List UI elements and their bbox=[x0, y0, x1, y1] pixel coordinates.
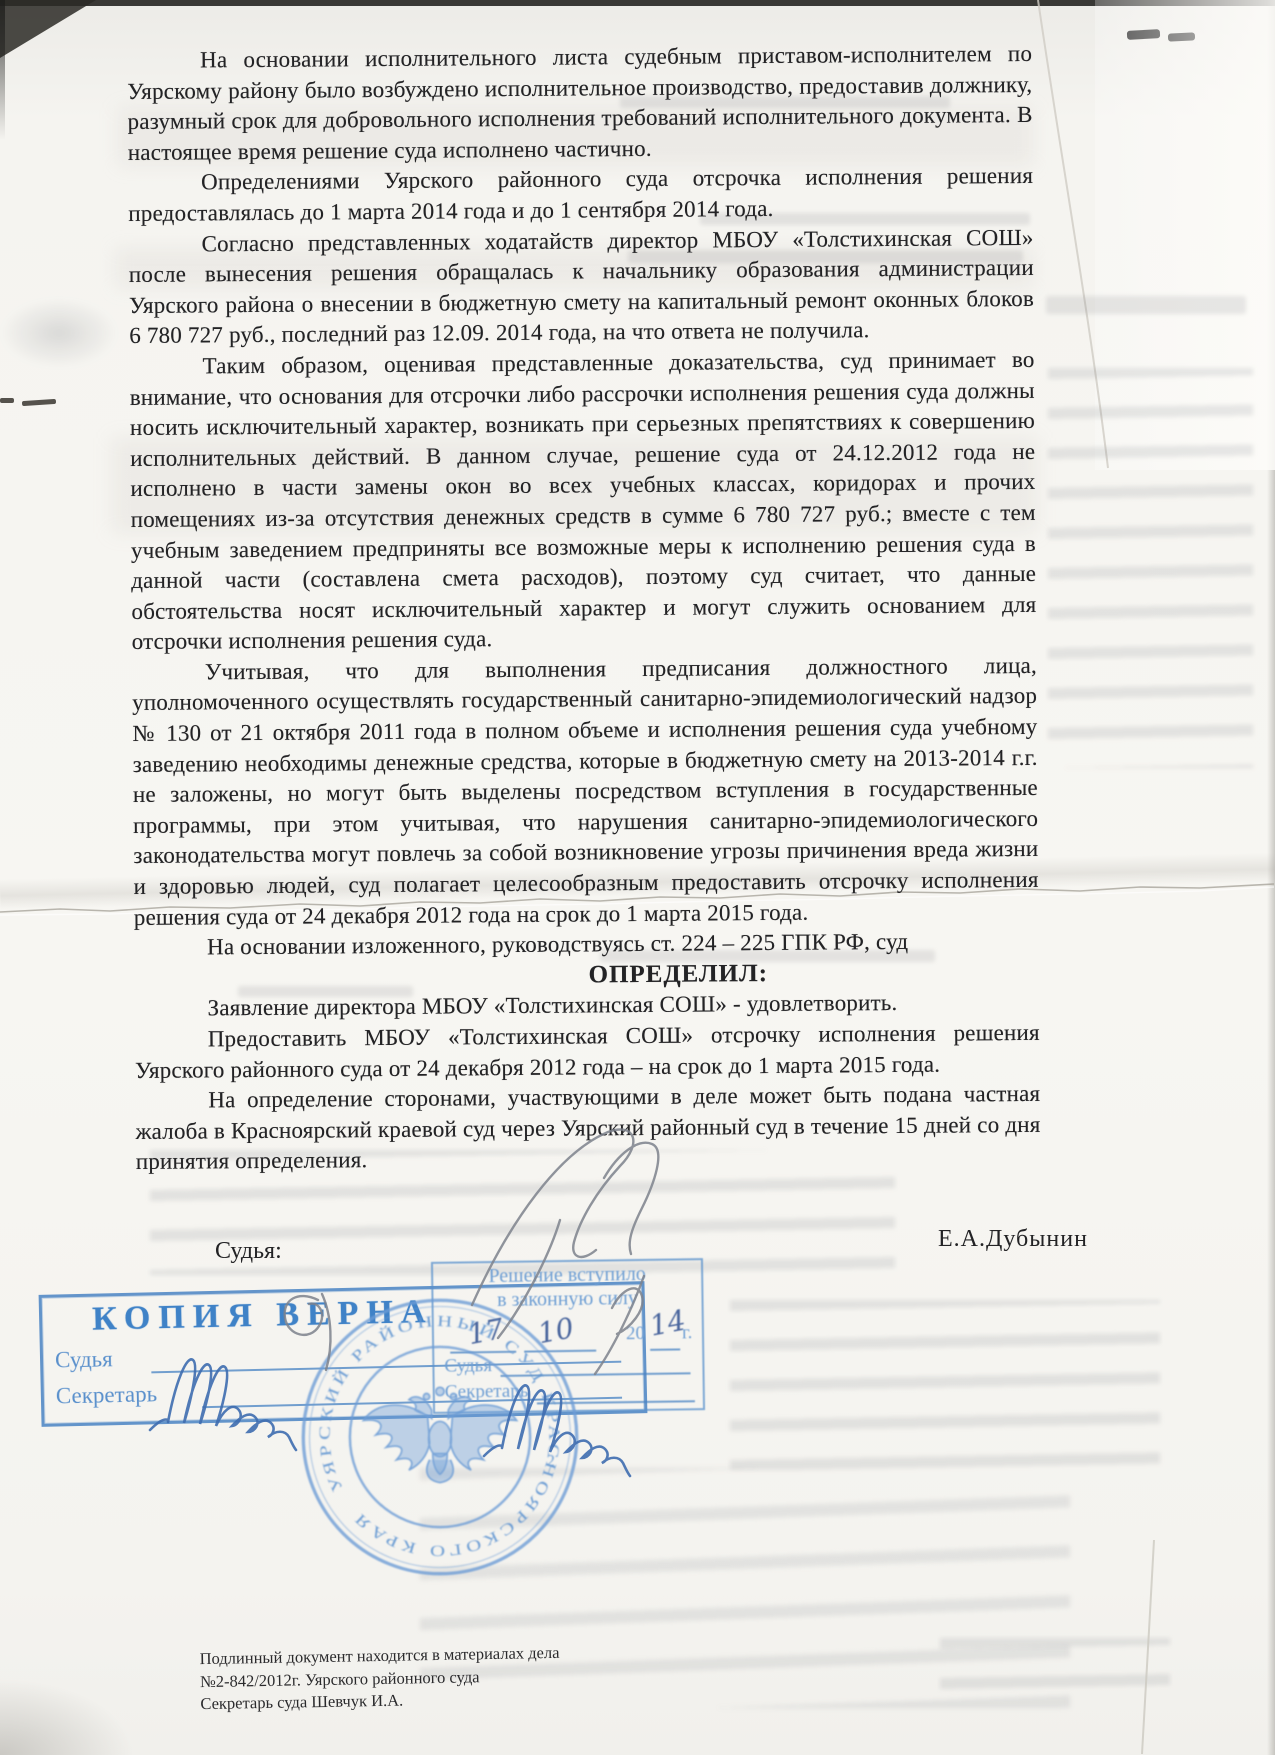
force-stamp-line1: Решение вступило bbox=[433, 1262, 701, 1289]
bleed-smudge-block bbox=[940, 1638, 1170, 1698]
court-round-seal: УЯРСКИЙ РАЙОННЫЙ СУД КРАСНОЯРСКОГО КРАЯ … bbox=[295, 1292, 585, 1582]
date-line bbox=[650, 1348, 680, 1350]
scan-left-edge bbox=[0, 0, 5, 140]
bleed-smudge-column bbox=[1048, 368, 1253, 768]
document-footer: Подлинный документ находится в материала… bbox=[199, 1642, 560, 1716]
seal-number: 2 bbox=[547, 1451, 555, 1470]
scan-top-edge bbox=[0, 0, 1275, 6]
document-paragraph: Таким образом, оценивая представленные д… bbox=[129, 345, 1036, 658]
judge-signature-label: Судья: bbox=[215, 1238, 282, 1265]
double-headed-eagle-emblem bbox=[363, 1387, 516, 1482]
document-body: На основании исполнительного листа судеб… bbox=[127, 39, 1041, 1178]
judge-name: Е.А.Дубынин bbox=[938, 1226, 1088, 1253]
force-stamp-year-suffix: г. bbox=[682, 1322, 693, 1344]
bleed-smudge bbox=[1046, 296, 1246, 314]
bleed-smudge-blob bbox=[0, 298, 118, 368]
scan-corner-shade bbox=[0, 1678, 135, 1755]
document-paragraph: На основании исполнительного листа судеб… bbox=[127, 39, 1033, 168]
document-paragraph: Определениями Уярского районного суда от… bbox=[128, 161, 1033, 229]
scan-corner-shadow bbox=[0, 0, 96, 58]
force-stamp-year-prefix: 20 bbox=[626, 1323, 645, 1345]
document-paragraph: Согласно представленных ходатайств дирек… bbox=[128, 222, 1034, 351]
copy-stamp-secretary-label: Секретарь bbox=[56, 1381, 158, 1409]
ruling-paragraph: Предоставить МБОУ «Толстихинская СОШ» от… bbox=[135, 1018, 1040, 1086]
document-paragraph: Учитывая, что для выполнения предписания… bbox=[132, 651, 1039, 933]
edge-mark bbox=[0, 398, 14, 403]
edge-mark bbox=[22, 399, 56, 406]
copy-stamp-judge-label: Судья bbox=[55, 1346, 113, 1373]
ruling-paragraph: На определение сторонами, участвующими в… bbox=[135, 1079, 1041, 1178]
scanned-court-document-page: На основании исполнительного листа судеб… bbox=[0, 0, 1275, 1755]
bleed-smudge-block bbox=[730, 1300, 1160, 1470]
